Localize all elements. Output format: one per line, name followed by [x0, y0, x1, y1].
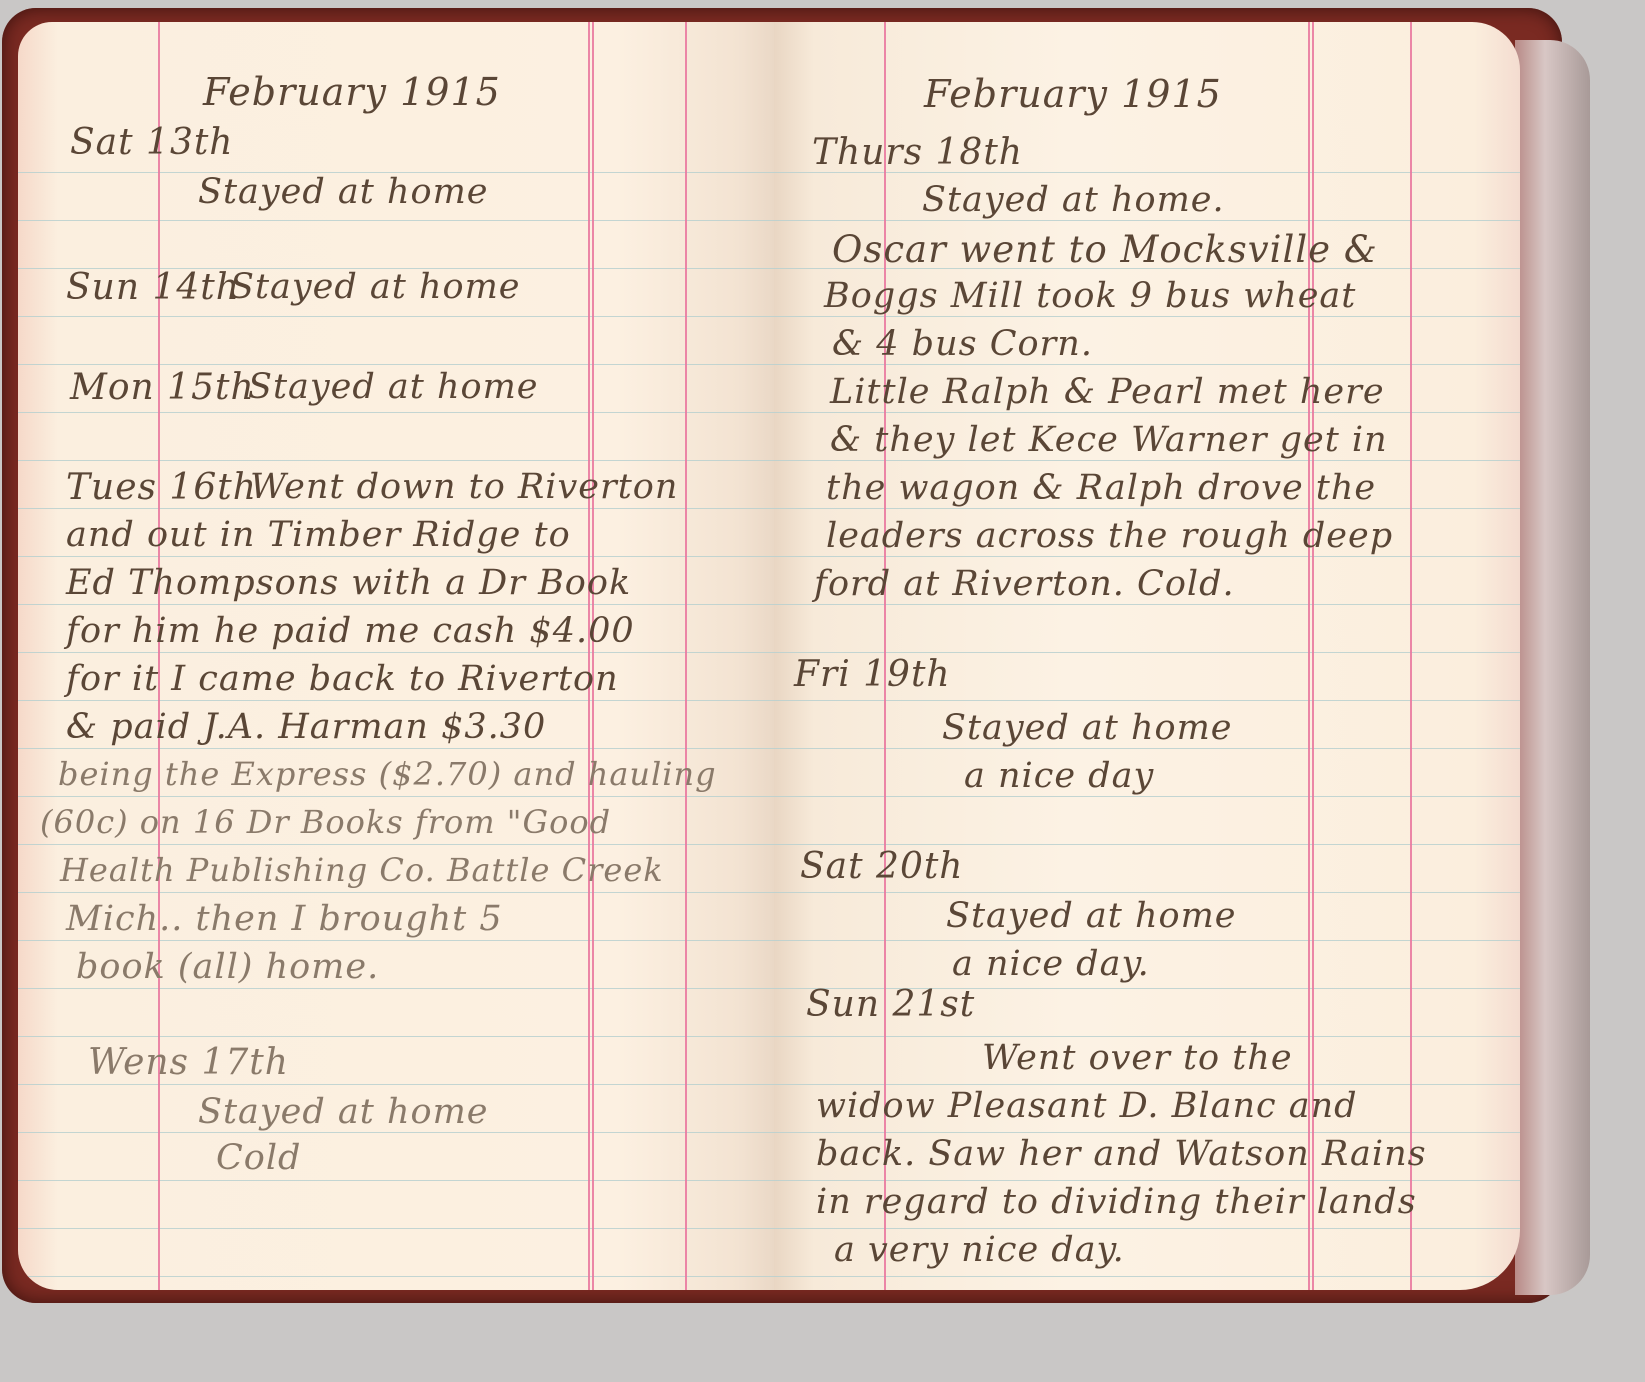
ruled-line: [18, 892, 774, 893]
ruled-line: [18, 796, 774, 797]
ruled-line: [18, 1036, 774, 1037]
ruled-line: [774, 412, 1520, 413]
ruled-line: [18, 700, 774, 701]
ruled-line: [18, 316, 774, 317]
ruled-line: [774, 940, 1520, 941]
ruled-line: [774, 844, 1520, 845]
ruled-line: [18, 748, 774, 749]
left-page: February 1915 Sat 13th Stayed at home Su…: [18, 22, 774, 1290]
entry-line: (60c) on 16 Dr Books from "Good: [40, 803, 611, 841]
ruled-line: [774, 652, 1520, 653]
margin-line: [592, 22, 594, 1290]
entry-date: Sat 13th: [70, 122, 234, 163]
ruled-line: [774, 700, 1520, 701]
entry-line: & paid J.A. Harman $3.30: [66, 707, 546, 747]
ruled-line: [18, 604, 774, 605]
ruled-line: [18, 460, 774, 461]
ruled-line: [18, 412, 774, 413]
ruled-line: [774, 604, 1520, 605]
margin-line: [588, 22, 590, 1290]
ruled-line: [774, 460, 1520, 461]
entry-line: book (all) home.: [76, 947, 379, 987]
entry-line: for him he paid me cash $4.00: [66, 611, 635, 651]
ruled-line: [18, 1084, 774, 1085]
page-header: February 1915: [203, 70, 501, 114]
ruled-line: [18, 1180, 774, 1181]
entry-line: Stayed at home: [198, 1092, 489, 1132]
entry-date: Sun 21st: [806, 984, 975, 1025]
ruled-line: [18, 556, 774, 557]
entry-line: ford at Riverton. Cold.: [814, 564, 1235, 604]
entry-date: Sun 14th: [66, 267, 240, 308]
ruled-line: [18, 988, 774, 989]
entry-date: Thurs 18th: [812, 132, 1023, 173]
entry-line: for it I came back to Riverton: [66, 659, 619, 699]
margin-line: [685, 22, 687, 1290]
ruled-line: [18, 220, 774, 221]
margin-line: [158, 22, 160, 1290]
entry-line: leaders across the rough deep: [826, 516, 1393, 556]
ruled-line: [774, 1180, 1520, 1181]
entry-line: & they let Kece Warner get in: [830, 420, 1388, 460]
entry-line: Oscar went to Mocksville &: [832, 228, 1378, 271]
ruled-line: [774, 1132, 1520, 1133]
entry-line: Health Publishing Co. Battle Creek: [60, 851, 664, 889]
entry-line: being the Express ($2.70) and hauling: [58, 755, 717, 793]
entry-line: the wagon & Ralph drove the: [826, 468, 1376, 508]
ruled-line: [18, 508, 774, 509]
margin-line: [1410, 22, 1412, 1290]
ruled-line: [774, 748, 1520, 749]
ruled-line: [774, 364, 1520, 365]
ruled-line: [774, 796, 1520, 797]
ruled-line: [774, 220, 1520, 221]
entry-line: a very nice day.: [834, 1230, 1125, 1270]
entry-line: & 4 bus Corn.: [832, 324, 1093, 364]
right-page: February 1915 Thurs 18th Stayed at home.…: [774, 22, 1520, 1290]
entry-line: in regard to dividing their lands: [816, 1182, 1417, 1222]
entry-line: back. Saw her and Watson Rains: [816, 1134, 1427, 1174]
ruled-line: [774, 1084, 1520, 1085]
entry-line: Went down to Riverton: [250, 467, 678, 507]
ruled-line: [18, 1132, 774, 1133]
entry-line: a nice day: [964, 756, 1154, 796]
entry-date: Fri 19th: [794, 654, 951, 695]
ruled-line: [774, 892, 1520, 893]
ruled-line: [18, 940, 774, 941]
entry-line: Stayed at home: [942, 708, 1233, 748]
entry-line: Cold: [216, 1138, 301, 1178]
entry-line: Boggs Mill took 9 bus wheat: [824, 276, 1356, 316]
entry-date: Mon 15th: [70, 367, 255, 408]
entry-line: and out in Timber Ridge to: [66, 515, 571, 555]
entry-line: Went over to the: [982, 1038, 1293, 1078]
ruled-line: [774, 1036, 1520, 1037]
entry-line: Stayed at home: [198, 172, 489, 212]
entry-line: Stayed at home: [248, 367, 539, 407]
ruled-line: [774, 508, 1520, 509]
entry-line: Stayed at home: [230, 267, 521, 307]
ruled-line: [18, 1228, 774, 1229]
ruled-line: [774, 316, 1520, 317]
ruled-line: [18, 364, 774, 365]
entry-line: widow Pleasant D. Blanc and: [816, 1086, 1358, 1126]
entry-line: Little Ralph & Pearl met here: [830, 372, 1385, 412]
entry-line: Stayed at home: [946, 896, 1237, 936]
ruled-line: [774, 1228, 1520, 1229]
ruled-line: [18, 844, 774, 845]
entry-line: a nice day.: [952, 944, 1150, 984]
entry-date: Tues 16th: [66, 467, 257, 508]
entry-line: Mich.. then I brought 5: [66, 899, 503, 939]
ruled-line: [18, 652, 774, 653]
page-header: February 1915: [924, 72, 1222, 116]
entry-line: Ed Thompsons with a Dr Book: [66, 563, 631, 603]
entry-date: Sat 20th: [800, 846, 964, 887]
ruled-line: [774, 556, 1520, 557]
ruled-line: [18, 1276, 774, 1277]
page-edges: [1515, 40, 1590, 1295]
ruled-line: [774, 1276, 1520, 1277]
entry-line: Stayed at home.: [922, 180, 1225, 220]
entry-date: Wens 17th: [88, 1042, 289, 1083]
